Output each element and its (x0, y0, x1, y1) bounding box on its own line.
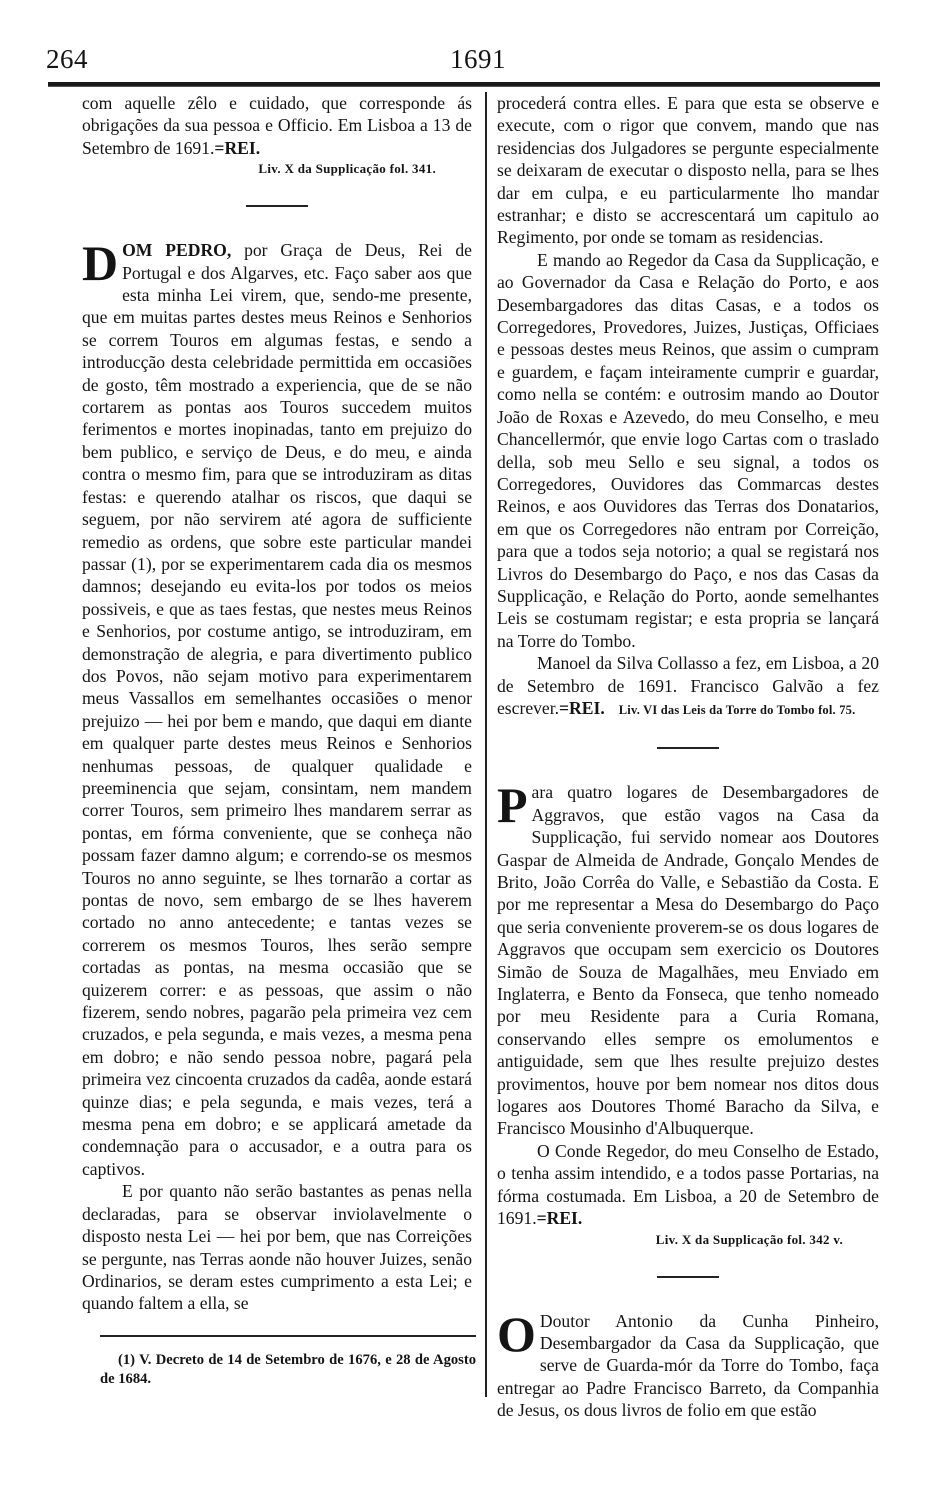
signature: =REI. (559, 698, 605, 718)
decree-paragraph: Para quatro logares de Desembargadores d… (497, 781, 879, 1140)
signature: =REI. (537, 1208, 583, 1228)
signature: =REI. (214, 138, 260, 158)
decree-paragraph-3: O Doutor Antonio da Cunha Pinheiro, Dese… (497, 1310, 879, 1422)
law-continuation: procederá contra elles. E para que esta … (497, 92, 879, 249)
source-citation: Liv. X da Supplicação fol. 341. (82, 159, 472, 179)
running-head-year: 1691 (450, 44, 506, 75)
drop-cap: P (497, 785, 528, 829)
column-divider (485, 92, 487, 1397)
decree-paragraph-2: O Conde Regedor, do meu Conselho de Esta… (497, 1140, 879, 1230)
page-header: 264 1691 (0, 0, 930, 86)
page-number: 264 (46, 44, 88, 75)
law-opening: OM PEDRO, (122, 240, 231, 260)
left-column: com aquelle zêlo e cuidado, que correspo… (82, 92, 472, 1315)
section-separator (657, 1276, 719, 1278)
law-paragraph-3: E mando ao Regedor da Casa da Supplicaçã… (497, 249, 879, 652)
closing-paragraph: com aquelle zêlo e cuidado, que correspo… (82, 92, 472, 159)
drop-cap: D (82, 243, 118, 287)
source-citation: Liv. X da Supplicação fol. 342 v. (497, 1230, 879, 1250)
source-citation: Liv. VI das Leis da Torre do Tombo fol. … (619, 703, 856, 717)
law-closing: Manoel da Silva Collasso a fez, em Lisbo… (497, 652, 879, 721)
section-separator (657, 747, 719, 749)
header-rule (48, 82, 880, 87)
drop-cap: O (497, 1314, 536, 1358)
section-separator (246, 205, 308, 207)
footnote: (1) V. Decreto de 14 de Setembro de 1676… (100, 1351, 476, 1389)
right-column: procederá contra elles. E para que esta … (497, 92, 879, 1422)
law-paragraph: DOM PEDRO, por Graça de Deus, Rei de Por… (82, 239, 472, 1180)
footnote-rule (100, 1335, 476, 1337)
law-paragraph-2: E por quanto não serão bastantes as pena… (82, 1180, 472, 1314)
